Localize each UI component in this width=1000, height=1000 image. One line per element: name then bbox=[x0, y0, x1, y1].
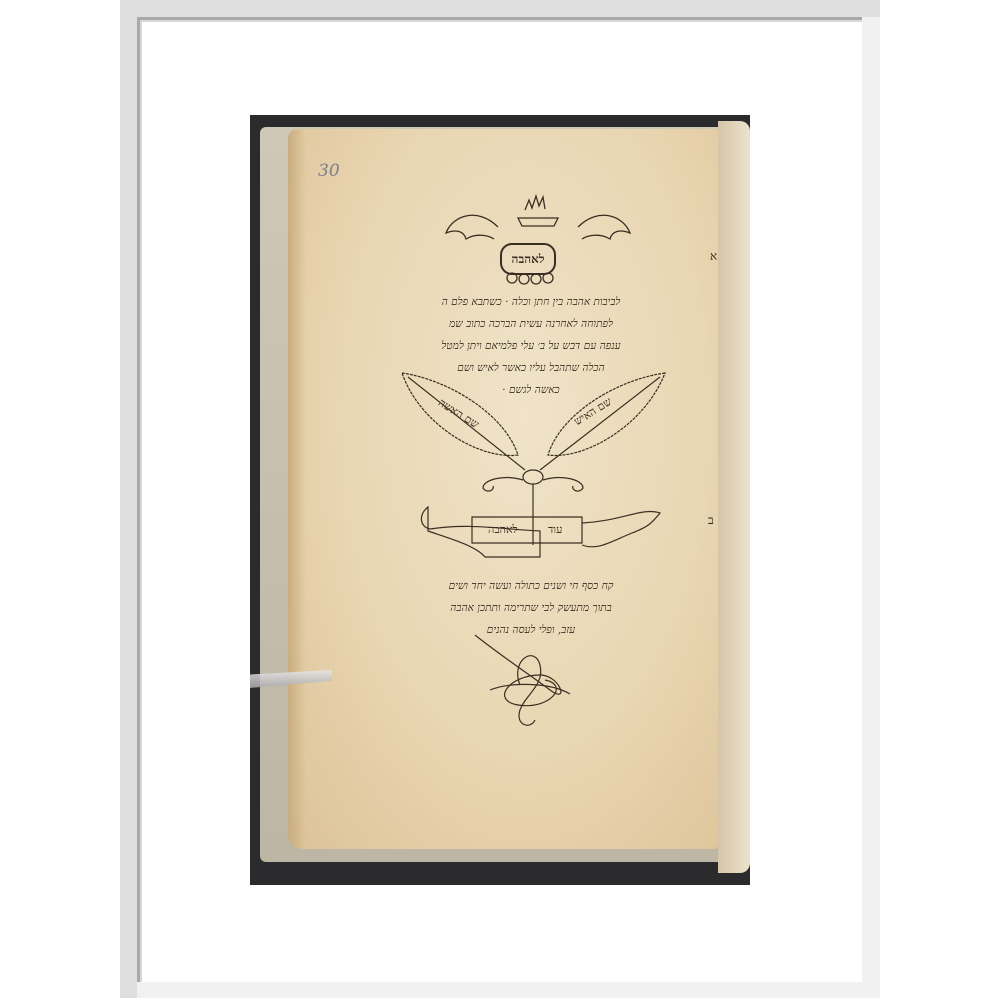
margin-letter-bet: ב bbox=[708, 513, 714, 528]
manuscript-photo: 30 לאהבה לביבות אהבה בין חתן וכלה · כשתב… bbox=[250, 115, 750, 885]
frame-top-edge bbox=[120, 0, 880, 17]
calligraphic-flourish-icon bbox=[250, 115, 750, 815]
frame-left-edge bbox=[120, 0, 137, 998]
margin-letter-alef: א bbox=[710, 249, 717, 264]
